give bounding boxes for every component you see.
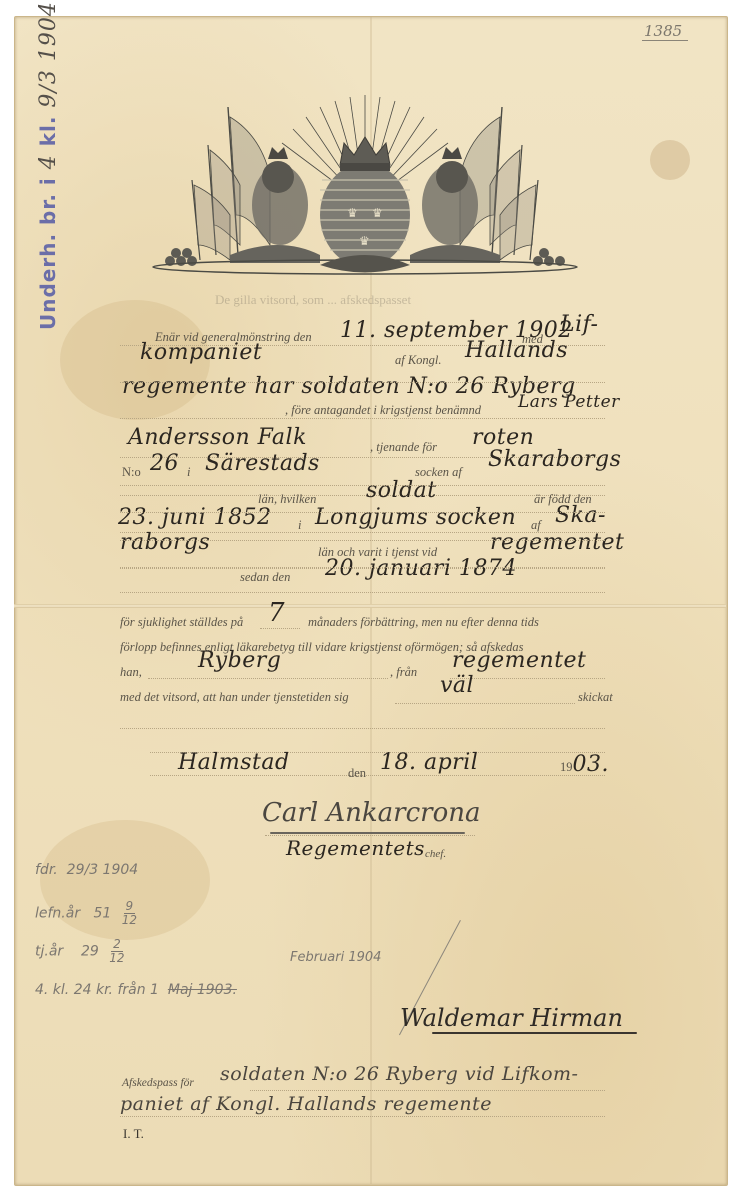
field-issue-place: Halmstad — [178, 750, 290, 775]
field-issue-date: 18. april — [380, 750, 478, 775]
svg-text:♛: ♛ — [347, 206, 358, 220]
fraction-numerator: 2 — [111, 938, 123, 952]
field-birth-date: 23. juni 1852 — [118, 505, 272, 530]
chef-signature: Carl Ankarcrona — [262, 798, 481, 828]
pencil-label: tj.år — [35, 944, 63, 960]
chef-title-handwritten: Regementets — [286, 836, 425, 860]
form-print-fore-antagandet: , före antagandet i krigstjenst benämnd — [285, 403, 481, 418]
crowned-globe-icon: ♛ ♛ ♛ — [320, 137, 410, 267]
field-birth-parish: Longjums socken — [315, 505, 516, 530]
form-print-skickat: skickat — [578, 690, 613, 705]
faint-printed-header: De gilla vitsord, som ... afskedspasset — [215, 292, 411, 308]
issue-year: 1903. — [560, 752, 609, 777]
stamp-date-handwritten: 9/3 1904 — [36, 1, 61, 107]
swedish-coat-of-arms-emblem: ♛ ♛ ♛ — [150, 95, 580, 280]
printer-initials: I. T. — [123, 1126, 144, 1142]
form-print-chef: chef. — [425, 848, 446, 860]
pencil-note-date: fdr. 29/3 1904 — [35, 862, 138, 878]
form-print-for-sjuklighet: för sjuklighet ställdes på — [120, 615, 243, 630]
form-print-sedan-den: sedan den — [240, 570, 290, 585]
pencil-struck-value: Maj 1903. — [168, 982, 237, 998]
field-pass-holder-line1: soldaten N:o 26 Ryberg vid Lifkom- — [220, 1063, 578, 1085]
field-birth-county-part1: Ska- — [555, 503, 606, 528]
form-print-han: han, — [120, 665, 142, 680]
form-print-fran: , från — [390, 665, 417, 680]
field-months: 7 — [268, 598, 285, 628]
field-regiment: Hallands — [465, 338, 568, 363]
pencil-value: 51 — [93, 906, 111, 922]
second-signature-name: Waldemar Hirman — [400, 1004, 623, 1032]
horizontal-fold-crease — [14, 604, 726, 608]
form-print-i-2: i — [298, 518, 301, 533]
archive-stamp: Underh. br. i 4 kl. 9/3 1904 — [36, 1, 61, 330]
pencil-note-service-years: tj.år 29 212 — [35, 938, 125, 965]
form-print-den: den — [348, 766, 366, 781]
field-birth-name-part2: Andersson Falk — [128, 425, 307, 450]
field-pass-holder-line2: paniet af Kongl. Hallands regemente — [120, 1093, 492, 1115]
stamp-printed-text: Underh. br. i — [36, 177, 60, 330]
fraction-denominator: 12 — [109, 952, 124, 965]
fraction-denominator: 12 — [122, 914, 137, 927]
form-print-afskedspass-for: Afskedspass för — [122, 1077, 194, 1089]
field-soldier-number-name: regemente har soldaten N:o 26 Ryberg — [122, 374, 576, 399]
form-print-no: N:o — [122, 465, 141, 480]
pencil-note-pension: 4. kl. 24 kr. från 1 Maj 1903. — [35, 982, 237, 998]
field-discharged-from: regementet — [452, 648, 586, 673]
form-print-af-kongl: af Kongl. — [395, 353, 442, 368]
form-print-i: i — [187, 465, 190, 480]
stamp-kl-text: kl. — [36, 116, 60, 147]
reference-number: 1385 — [642, 22, 688, 41]
field-served-at: regementet — [490, 530, 624, 555]
form-print-manaders-forbattring: månaders förbättring, men nu efter denna… — [308, 615, 539, 630]
field-county: Skaraborgs — [488, 447, 621, 472]
fraction-numerator: 9 — [124, 900, 136, 914]
field-rank: soldat — [366, 478, 437, 503]
pencil-note-correction: Februari 1904 — [290, 950, 381, 965]
field-birth-name-part1: Lars Petter — [518, 392, 620, 412]
pencil-value: 29 — [81, 944, 99, 960]
form-print-year-prefix: 19 — [560, 760, 573, 774]
field-parish: Särestads — [205, 451, 320, 476]
field-discharged-name: Ryberg — [198, 648, 281, 673]
form-print-tjenande-for: , tjenande för — [370, 440, 437, 455]
pencil-label: fdr. — [35, 862, 58, 878]
form-print-med-det-vitsord: med det vitsord, att han under tjensteti… — [120, 690, 349, 705]
field-birth-county-part2: raborgs — [120, 530, 210, 555]
age-stain — [650, 140, 690, 180]
second-signature: Waldemar Hirman — [400, 1004, 623, 1032]
pencil-value: 29/3 1904 — [67, 862, 139, 878]
second-signature-underline — [432, 1032, 637, 1034]
pencil-fraction: 212 — [109, 938, 124, 965]
laurel-branches-icon — [320, 255, 410, 273]
pencil-label: lefn.år — [35, 906, 80, 922]
pencil-note-age: lefn.år 51 912 — [35, 900, 137, 927]
pencil-value: 4. kl. 24 kr. från 1 — [35, 982, 159, 998]
field-company-part2: kompaniet — [140, 340, 262, 365]
field-year-suffix: 03. — [573, 752, 610, 777]
stamp-class-handwritten: 4 — [36, 154, 61, 169]
chef-signature-flourish — [270, 832, 465, 834]
field-conduct-rating: väl — [440, 673, 474, 698]
field-rote-number: 26 — [150, 451, 179, 476]
svg-text:♛: ♛ — [372, 206, 383, 220]
pencil-fraction: 912 — [122, 900, 137, 927]
field-service-start-date: 20. januari 1874 — [325, 556, 517, 581]
field-company-part1: Lif- — [560, 312, 598, 337]
svg-text:♛: ♛ — [359, 234, 370, 248]
